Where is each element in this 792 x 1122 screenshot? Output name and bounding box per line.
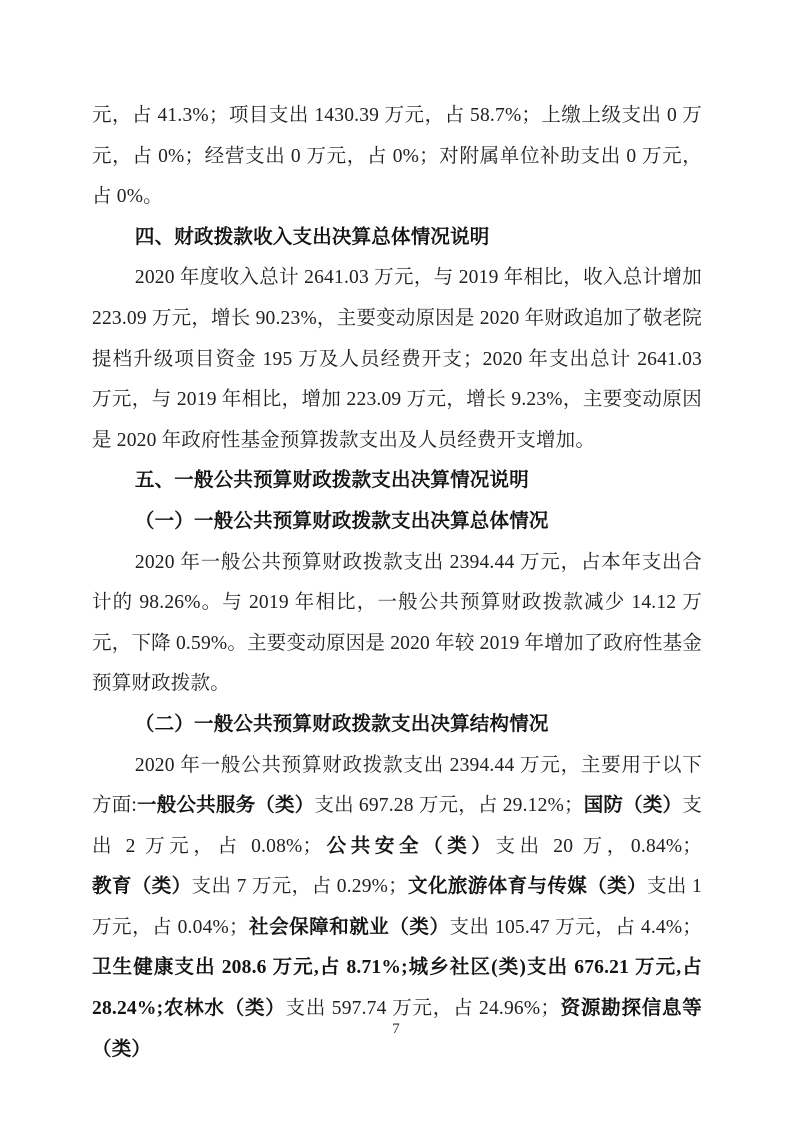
- paragraph-5-1-body: 2020 年一般公共预算财政拨款支出 2394.44 万元，占本年支出合计的 9…: [92, 543, 702, 705]
- text-run-category: 一般公共服务（类）: [137, 795, 314, 816]
- page-number: 7: [0, 1018, 792, 1040]
- paragraph-expenditure-continuation: 元，占 41.3%；项目支出 1430.39 万元，占 58.7%；上缴上级支出…: [92, 96, 702, 218]
- text-run: 支出 7 万元，占 0.29%；: [192, 876, 408, 897]
- document-content: 元，占 41.3%；项目支出 1430.39 万元，占 58.7%；上缴上级支出…: [92, 96, 702, 1070]
- text-run: 支出 105.47 万元，占 4.4%；: [450, 917, 703, 938]
- subheading-5-1: （一）一般公共预算财政拨款支出决算总体情况: [92, 502, 702, 543]
- paragraph-section-4-body: 2020 年度收入总计 2641.03 万元，与 2019 年相比，收入总计增加…: [92, 258, 702, 461]
- text-run-category: 教育（类）: [92, 876, 192, 897]
- document-page: 元，占 41.3%；项目支出 1430.39 万元，占 58.7%；上缴上级支出…: [0, 0, 792, 1122]
- text-run-category: 文化旅游体育与传媒（类）: [408, 876, 647, 897]
- text-run: 支出 597.74 万元，占 24.96%；: [286, 998, 560, 1019]
- text-run-category: 农林水（类）: [163, 998, 285, 1019]
- heading-section-5: 五、一般公共预算财政拨款支出决算情况说明: [92, 461, 702, 502]
- text-run-category: 社会保障和就业（类）: [249, 917, 450, 938]
- text-run: 支出 697.28 万元，占 29.12%；: [314, 795, 583, 816]
- heading-section-4: 四、财政拨款收入支出决算总体情况说明: [92, 218, 702, 259]
- text-run-category: 国防（类）: [584, 795, 683, 816]
- text-run: 支出 20 万，0.84%；: [496, 836, 703, 857]
- subheading-5-2: （二）一般公共预算财政拨款支出决算结构情况: [92, 705, 702, 746]
- text-run-category: 公共安全（类）: [322, 836, 495, 857]
